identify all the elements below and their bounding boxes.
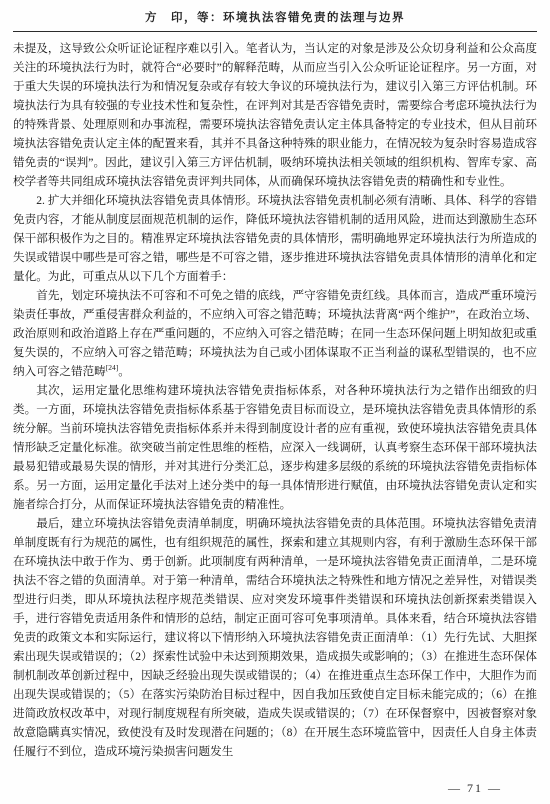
paragraph-text: 首先，划定环境执法不可容和不可免之错的底线，严守容错免责红线。具体而言，造成严重… <box>13 289 537 378</box>
body-paragraph-last-point: 最后，建立环境执法容错免责清单制度，明确环境执法容错免责的具体范围。环境执法容错… <box>13 514 537 761</box>
body-paragraph-continuation: 未提及，这导致公众听证论证程序难以引入。笔者认为，当认定的对象是涉及公众切身利益… <box>13 39 537 191</box>
page-number: — 71 — <box>448 781 502 796</box>
body-paragraph-first-point: 首先，划定环境执法不可容和不可免之错的底线，严守容错免责红线。具体而言，造成严重… <box>13 286 537 381</box>
header-rule <box>13 31 537 32</box>
paragraph-text-after-ref: 。 <box>118 365 130 378</box>
running-header-title: 方 印，等：环境执法容错免责的法理与边界 <box>13 8 537 25</box>
article-body: 未提及，这导致公众听证论证程序难以引入。笔者认为，当认定的对象是涉及公众切身利益… <box>13 39 537 761</box>
journal-page: 方 印，等：环境执法容错免责的法理与边界 未提及，这导致公众听证论证程序难以引入… <box>0 0 550 804</box>
footnote-reference-24: [24] <box>106 363 119 372</box>
body-paragraph-section-2: 2. 扩大并细化环境执法容错免责具体情形。环境执法容错免责机制必须有清晰、具体、… <box>13 191 537 286</box>
body-paragraph-second-point: 其次，运用定量化思维构建环境执法容错免责指标体系，对各种环境执法行为之错作出细致… <box>13 381 537 514</box>
